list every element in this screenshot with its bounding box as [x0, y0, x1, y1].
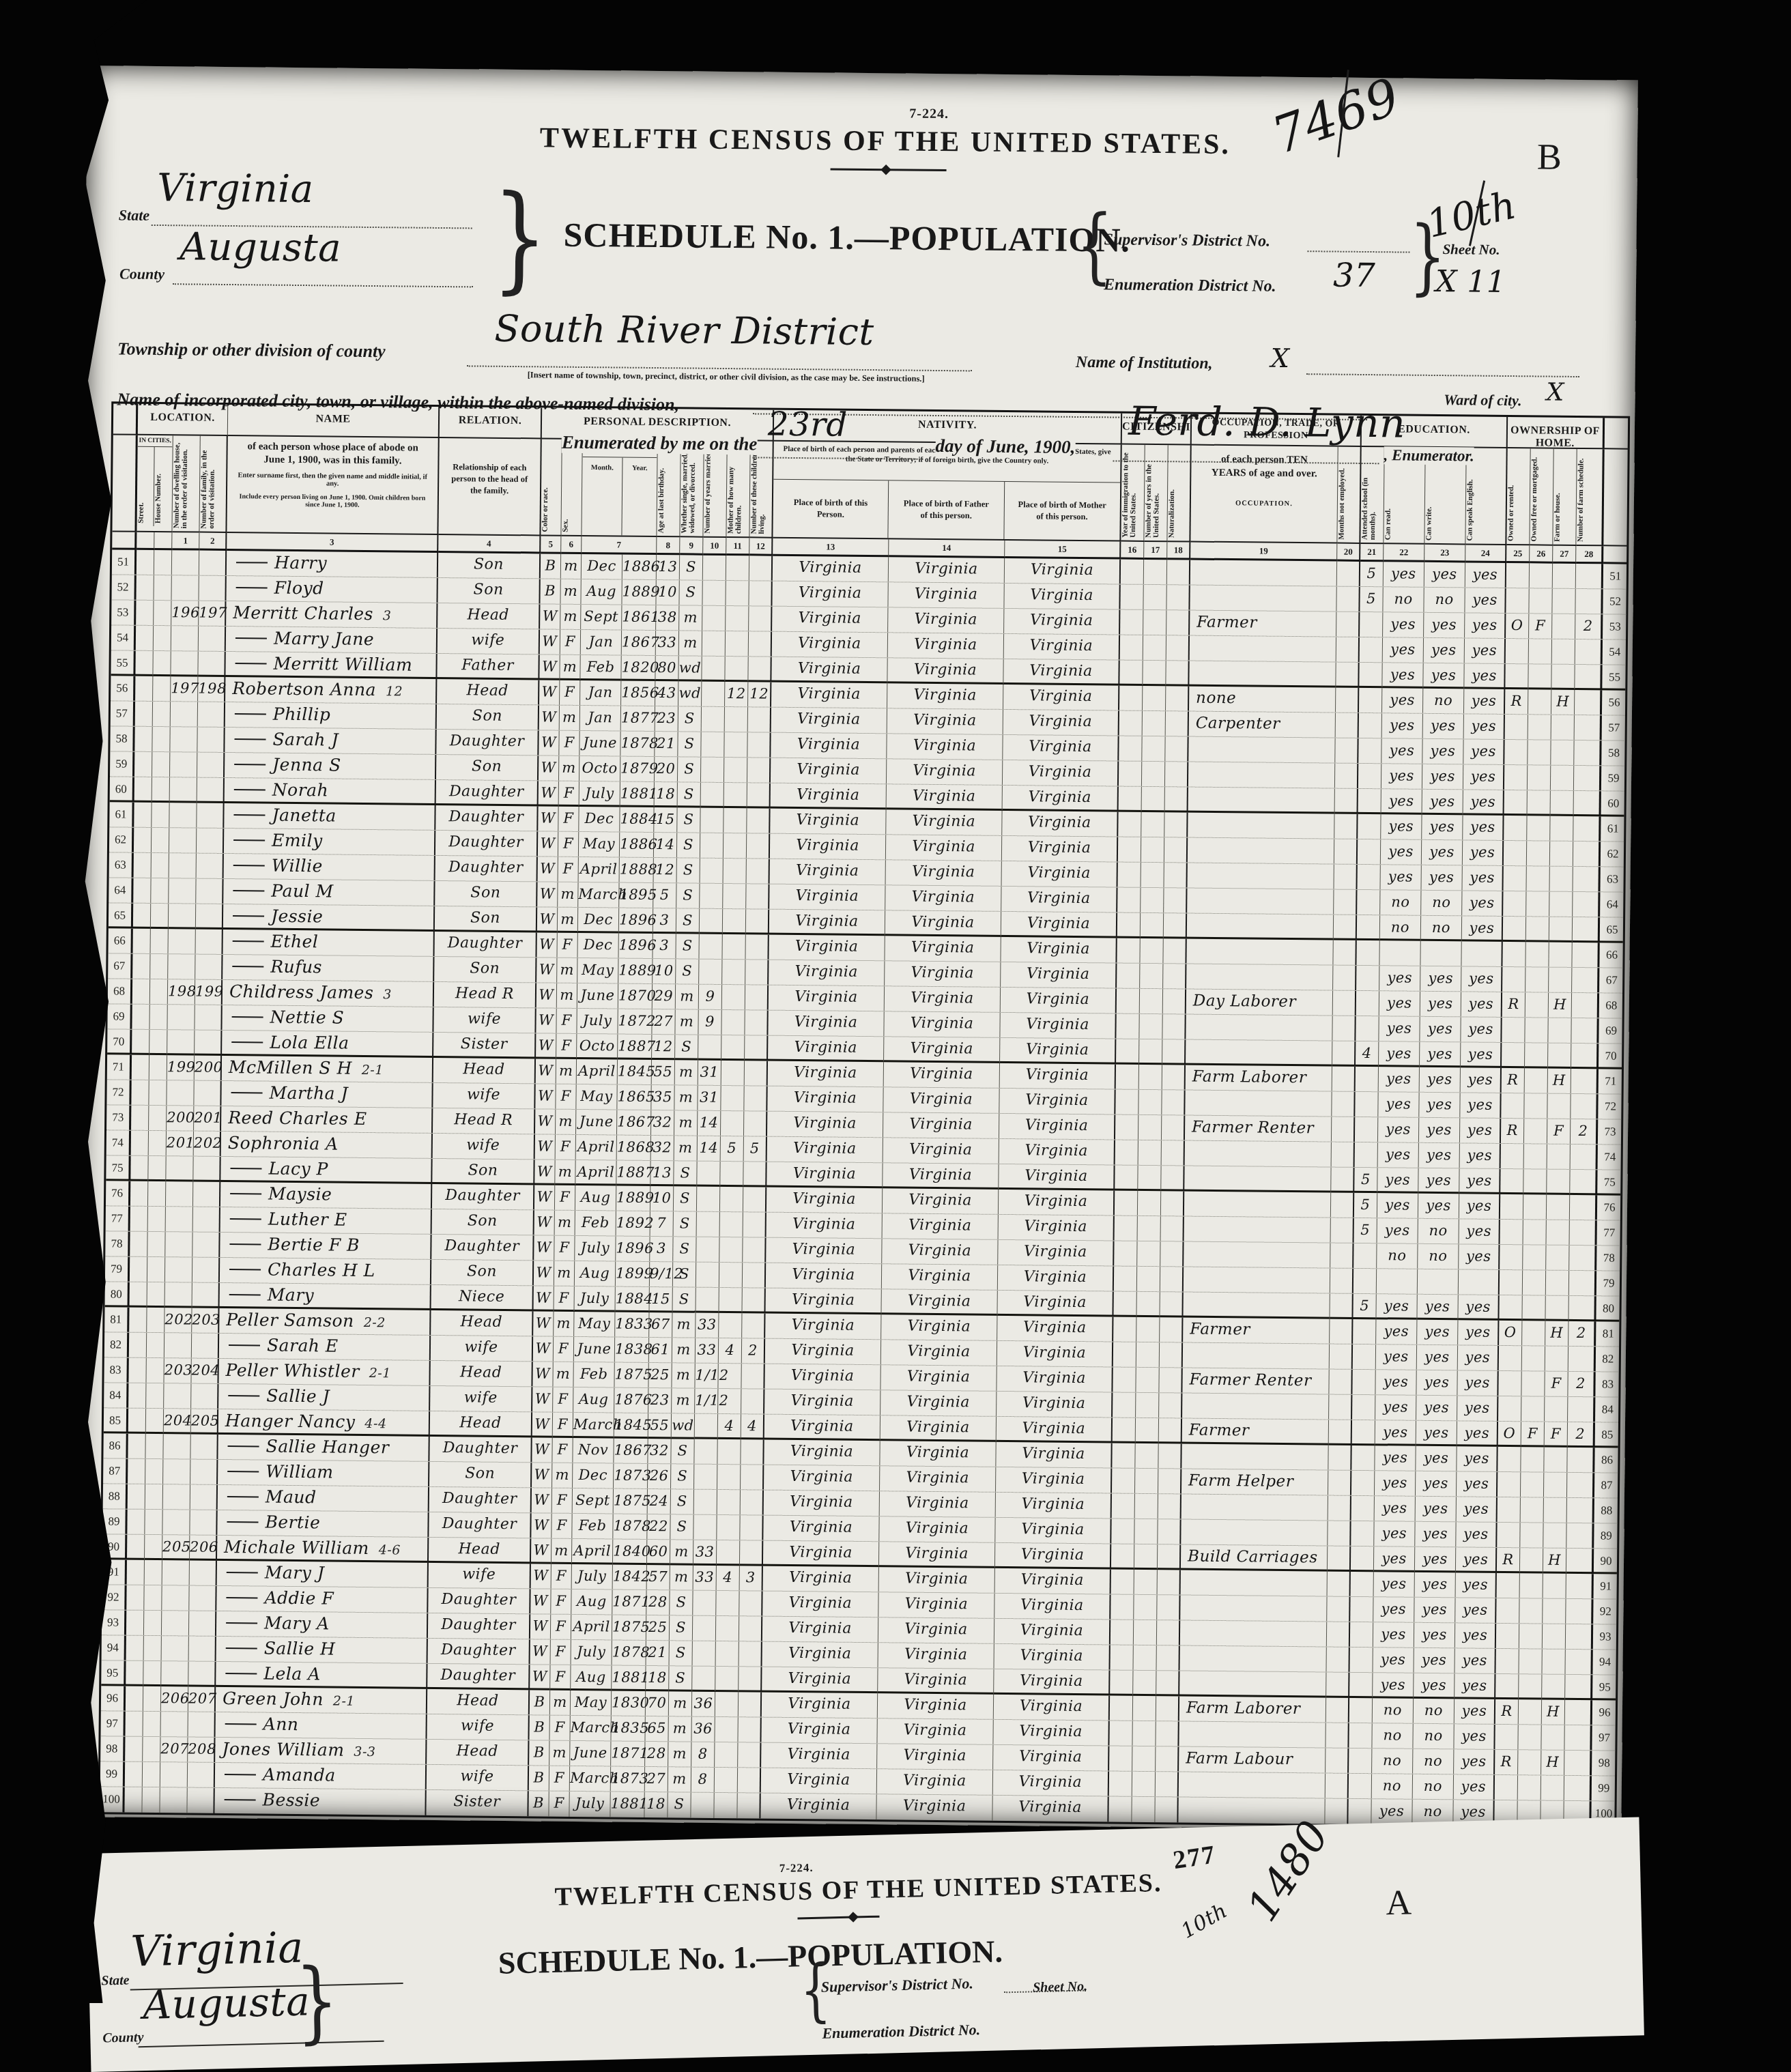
cell-farm-house: H [1548, 1069, 1571, 1093]
cell-relation: Son [436, 755, 539, 780]
num-pob-m: 15 [1005, 541, 1121, 560]
cell-can-read: yes [1375, 1496, 1416, 1521]
cell-sex: F [549, 1792, 569, 1817]
cell-pob-mother: Virginia [999, 1114, 1115, 1140]
cell-can-read: yes [1381, 764, 1422, 789]
cell-name: Marry Jane [226, 627, 438, 653]
cell-months-not-employed [1335, 764, 1358, 788]
cell-relation: wife [431, 1336, 533, 1361]
cell-owned-free [1519, 1598, 1543, 1623]
cell-family-number [194, 1081, 221, 1106]
cell-pob: Virginia [766, 1188, 883, 1213]
cell-pob-father: Virginia [885, 961, 1001, 987]
cell-can-write: yes [1414, 1598, 1455, 1623]
cell-years-married [701, 758, 724, 782]
cell-house-number [145, 1535, 162, 1559]
line-number-left: 99 [100, 1761, 125, 1786]
cell-naturalization [1164, 863, 1188, 887]
cell-color: W [531, 1538, 551, 1563]
cell-immigration [1116, 1039, 1139, 1064]
ward-value: X [1546, 379, 1564, 407]
cell-pob-mother: Virginia [999, 1215, 1115, 1241]
cell-owned-free [1522, 1295, 1545, 1320]
cell-owned-rented [1495, 1674, 1519, 1699]
cell-farm-schedule [1566, 1549, 1594, 1573]
cell-marital: S [674, 1186, 697, 1211]
cell-dwelling-number [166, 1156, 193, 1181]
cell-birth-month: Aug [571, 1589, 612, 1615]
cell-birth-month: Octo [579, 756, 620, 781]
cell-color: W [539, 705, 560, 730]
cell-can-read: no [1380, 890, 1421, 915]
cell-can-speak: yes [1461, 1017, 1502, 1042]
cell-relation: Head [429, 1538, 531, 1563]
cell-owned-rented [1503, 866, 1526, 891]
col-naturalization: Naturalization. [1167, 445, 1191, 542]
county-line [173, 283, 473, 287]
cell-birth-year: 1879 [620, 757, 655, 781]
cell-months-not-employed [1330, 1344, 1353, 1369]
cell-relation: Niece [431, 1285, 534, 1310]
cell-can-speak: yes [1456, 1572, 1497, 1598]
num-nat: 18 [1167, 542, 1190, 560]
col-year: Year. [622, 458, 657, 537]
cell-age: 5 [653, 883, 676, 908]
cell-pob-mother: Virginia [1001, 937, 1117, 963]
cell-can-write: yes [1424, 613, 1465, 638]
cell-can-speak: yes [1463, 764, 1504, 790]
cell-attended-school [1351, 1546, 1374, 1571]
cell-street [136, 626, 154, 650]
cell-street [135, 651, 153, 676]
cell-immigration [1113, 1418, 1136, 1443]
cell-naturalization [1164, 837, 1188, 862]
cell-relation: Head [430, 1411, 532, 1437]
cell-naturalization [1161, 1191, 1184, 1215]
cell-birth-month: May [574, 1312, 615, 1337]
state-value: Virginia [157, 166, 314, 212]
cell-farm-schedule [1565, 1650, 1592, 1674]
cell-attended-school [1357, 890, 1380, 915]
cell-pob-mother: Virginia [1000, 1013, 1116, 1039]
cell-street [128, 1409, 146, 1433]
cell-age: 10 [653, 959, 676, 983]
cell-pob: Virginia [770, 859, 886, 885]
left-brace: } [491, 171, 548, 306]
cell-age: 80 [655, 656, 678, 680]
cell-name: Hanger Nancy4-4 [218, 1409, 430, 1436]
ditto-dash [235, 713, 266, 715]
cell-attended-school [1358, 789, 1381, 814]
cell-family-number [196, 930, 223, 954]
cell-name: Sarah E [219, 1334, 431, 1360]
col-farm-schedule: Number of farm schedule. [1576, 449, 1604, 546]
cell-mother-of [724, 783, 747, 807]
cell-name: Maud [218, 1485, 429, 1512]
cell-naturalization [1160, 1317, 1183, 1342]
cell-farm-house [1544, 1473, 1567, 1497]
cell-can-write: no [1413, 1774, 1454, 1800]
cell-children-living [740, 1540, 763, 1565]
cell-farm-schedule [1565, 1675, 1592, 1699]
cell-naturalization [1156, 1746, 1179, 1771]
cell-occupation [1188, 838, 1334, 864]
col-years-married: Number of years married. [703, 441, 727, 538]
cell-name: Bertie F B [220, 1233, 431, 1259]
cell-relation: Head [430, 1361, 532, 1386]
cell-color: B [530, 1690, 550, 1714]
cell-owned-free [1527, 841, 1550, 865]
cell-house-number [145, 1434, 163, 1458]
cell-owned-free [1521, 1396, 1545, 1421]
line-number-left: 95 [101, 1660, 126, 1685]
cell-dwelling-number [170, 777, 197, 802]
cell-immigration [1115, 1090, 1138, 1114]
cell-dwelling-number [169, 803, 197, 827]
cell-sex: F [556, 1034, 577, 1059]
cell-dwelling-number [169, 904, 196, 928]
cell-farm-schedule [1567, 1448, 1594, 1472]
cell-birth-month: Feb [575, 1211, 616, 1236]
cell-pob-mother: Virginia [1003, 735, 1119, 761]
cell-pob-mother: Virginia [992, 1796, 1108, 1822]
cell-occupation: Farm Laborer [1186, 1065, 1332, 1091]
line-number-left: 67 [108, 953, 132, 978]
cell-attended-school [1356, 966, 1379, 990]
cell-pob: Virginia [764, 1390, 880, 1415]
institution-line [1306, 373, 1579, 377]
cell-years-in-us [1134, 1570, 1158, 1594]
cell-occupation [1184, 1166, 1331, 1192]
cell-house-number [152, 828, 169, 852]
cell-farm-house [1543, 1523, 1566, 1548]
cell-pob: Virginia [771, 733, 887, 759]
cell-months-not-employed [1334, 865, 1358, 889]
cell-sex: F [552, 1438, 573, 1463]
cell-mother-of [717, 1490, 741, 1514]
cell-birth-year: 1881 [612, 1665, 646, 1690]
cell-can-speak: yes [1463, 840, 1504, 865]
cell-house-number [149, 1055, 167, 1080]
cell-street [134, 727, 152, 751]
num-relation: 4 [438, 535, 541, 553]
cell-pob-father: Virginia [883, 1188, 999, 1214]
cell-can-speak: yes [1458, 1295, 1499, 1320]
cell-street [135, 676, 153, 701]
cell-dwelling-number: 196 [171, 601, 199, 625]
cell-age: 32 [651, 1136, 674, 1160]
cell-name: Robertson Anna12 [225, 677, 437, 704]
cell-pob-father: Virginia [883, 1163, 999, 1189]
cell-house-number [149, 1106, 167, 1130]
cell-children-living [741, 1465, 764, 1489]
cell-age: 3 [653, 934, 676, 958]
col-sex: Sex. [561, 440, 582, 536]
line-number-left: 63 [109, 852, 134, 877]
cell-can-write: yes [1418, 1168, 1459, 1194]
enumerated-prefix: Enumerated by me on the [562, 432, 758, 455]
cell-can-read: yes [1382, 713, 1423, 738]
tally-annotation: 3 [383, 987, 392, 1002]
cell-immigration [1111, 1519, 1134, 1544]
cell-pob: Virginia [768, 1036, 884, 1062]
cell-birth-year: 1871 [612, 1589, 646, 1614]
cell-children-living [749, 581, 772, 605]
line-number-right: 53 [1603, 614, 1627, 639]
cell-house-number [147, 1232, 165, 1256]
cell-occupation [1190, 586, 1336, 611]
cell-house-number [144, 1636, 162, 1660]
cell-can-read: yes [1378, 1142, 1419, 1168]
cell-color: W [535, 1084, 556, 1108]
cell-can-write: yes [1417, 1320, 1458, 1345]
cell-age: 26 [648, 1464, 671, 1488]
num-age: 8 [657, 537, 680, 555]
cell-sex: m [549, 1741, 570, 1766]
cell-sex: F [558, 807, 579, 831]
cell-name: Peller Samson2-2 [219, 1308, 431, 1335]
township-value: South River District [494, 307, 874, 354]
col-pob-person: Place of birth of this Person. [773, 480, 889, 538]
cell-owned-free [1518, 1775, 1541, 1800]
cell-naturalization [1157, 1595, 1180, 1620]
cell-pob-father: Virginia [882, 1239, 998, 1265]
cell-farm-schedule: 2 [1568, 1321, 1596, 1346]
cell-marital: m [672, 1388, 695, 1413]
cell-can-read: yes [1373, 1647, 1414, 1673]
cell-name: Jenna S [225, 753, 436, 779]
cell-children-living [745, 985, 769, 1009]
cell-pob-mother: Virginia [1004, 584, 1120, 609]
cell-dwelling-number [162, 1611, 189, 1635]
cell-relation: Son [435, 881, 537, 906]
cell-children-living [747, 732, 771, 757]
cell-pob-mother: Virginia [994, 1669, 1110, 1695]
cell-age: 21 [646, 1641, 670, 1665]
cell-years-married [697, 1212, 720, 1237]
cell-years-in-us [1134, 1645, 1157, 1670]
ditto-dash [233, 940, 264, 942]
cell-birth-month: Sept [573, 1488, 614, 1514]
cell-years-married [693, 1641, 716, 1666]
line-number-right: 87 [1594, 1473, 1619, 1497]
cell-farm-schedule [1573, 892, 1600, 917]
num-house [154, 532, 172, 550]
cell-pob-father: Virginia [887, 759, 1003, 785]
in-cities-label: IN CITIES. [138, 435, 173, 447]
cell-years-married [696, 1288, 719, 1312]
cell-age: 43 [655, 681, 678, 706]
cell-relation: Daughter [429, 1437, 532, 1462]
cell-attended-school [1353, 1319, 1376, 1344]
cell-mother-of [715, 1692, 739, 1716]
cell-can-read: yes [1373, 1673, 1414, 1698]
cell-naturalization [1164, 913, 1187, 938]
cell-can-read: no [1380, 915, 1421, 940]
cell-can-write: yes [1416, 1396, 1457, 1421]
cell-years-in-us [1140, 938, 1163, 963]
cell-months-not-employed [1335, 789, 1358, 814]
cell-family-number [192, 1258, 220, 1282]
cell-pob-father: Virginia [888, 582, 1004, 608]
cell-birth-month: Dec [578, 908, 619, 933]
cell-age: 13 [657, 555, 680, 579]
ditto-dash [236, 587, 268, 588]
cell-years-in-us [1140, 964, 1163, 988]
cell-years-in-us [1143, 610, 1166, 635]
cell-age: 13 [650, 1161, 674, 1185]
cell-pob-father: Virginia [880, 1365, 997, 1391]
county-value: Augusta [180, 225, 341, 270]
col-mother-of: Mother of how many children. [726, 441, 750, 538]
cell-dwelling-number [172, 550, 199, 575]
cell-mother-of [723, 859, 747, 883]
cell-children-living [738, 1742, 761, 1767]
cell-owned-rented [1499, 1346, 1522, 1370]
cell-marital: S [678, 706, 702, 731]
cell-birth-month: July [571, 1640, 612, 1665]
cell-years-married [694, 1490, 717, 1514]
cell-can-read: yes [1371, 1799, 1412, 1825]
cell-marital: m [672, 1363, 695, 1387]
cell-farm-schedule [1572, 993, 1599, 1018]
cell-name: Phillip [225, 702, 437, 729]
cell-street [136, 575, 154, 600]
cell-street [128, 1434, 145, 1458]
cell-age: 23 [648, 1388, 672, 1413]
num-clv: 12 [749, 538, 773, 556]
census-sheet-b: 7-224. TWELFTH CENSUS OF THE UNITED STAT… [70, 66, 1638, 1832]
cell-name: Mary J [217, 1561, 429, 1587]
cell-children-living [743, 1237, 766, 1262]
cell-birth-month: June [577, 983, 618, 1009]
cell-relation: wife [438, 629, 540, 654]
cell-age: 55 [648, 1413, 672, 1438]
cell-years-married [700, 808, 723, 833]
num-dwelling: 1 [172, 532, 199, 550]
cell-can-write: yes [1414, 1648, 1455, 1673]
cell-occupation [1187, 914, 1334, 940]
cell-name: Sallie J [218, 1384, 430, 1411]
cell-color: W [539, 680, 560, 704]
cell-pob-father: Virginia [878, 1668, 994, 1694]
cell-family-number [189, 1586, 216, 1611]
cell-sex: F [550, 1665, 571, 1690]
ditto-dash [233, 915, 264, 917]
cell-mother-of: 5 [721, 1136, 744, 1161]
cell-children-living [741, 1439, 764, 1464]
cell-house-number [148, 1156, 166, 1181]
cell-owned-free [1524, 1119, 1547, 1143]
cell-immigration [1113, 1317, 1136, 1342]
cell-sex: m [557, 983, 577, 1008]
cell-can-write: yes [1423, 663, 1464, 689]
cell-occupation [1179, 1772, 1326, 1798]
cell-months-not-employed [1326, 1749, 1349, 1773]
cell-years-in-us [1136, 1393, 1159, 1418]
cell-birth-year: 1896 [616, 1237, 650, 1261]
schedule-title: SCHEDULE No. 1.—POPULATION. [563, 215, 1130, 260]
ditto-dash [233, 814, 265, 816]
cell-months-not-employed [1326, 1647, 1349, 1672]
cell-age: 12 [654, 858, 677, 882]
cell-sex: F [554, 1286, 575, 1311]
cell-attended-school [1358, 839, 1381, 864]
cell-can-speak: yes [1455, 1673, 1495, 1699]
cell-marital: S [675, 1035, 698, 1059]
cell-pob-father: Virginia [888, 607, 1004, 633]
state-label: State [119, 206, 149, 224]
cell-age: 7 [650, 1211, 674, 1236]
cell-can-speak: yes [1461, 966, 1502, 992]
cell-months-not-employed [1333, 940, 1356, 965]
cell-house-number [144, 1611, 162, 1635]
cell-naturalization [1166, 686, 1189, 710]
cell-farm-house [1551, 665, 1575, 689]
cell-color: W [530, 1614, 551, 1639]
title-ornament-rule-2 [797, 1916, 879, 1920]
cell-farm-house [1551, 766, 1574, 790]
cell-mother-of [717, 1465, 741, 1489]
cell-relation: Head R [433, 1108, 535, 1134]
cell-years-in-us [1134, 1544, 1158, 1569]
cell-dwelling-number: 199 [167, 1055, 195, 1080]
line-number-right: 76 [1597, 1195, 1622, 1220]
cell-years-married [695, 1414, 718, 1439]
cell-relation: Son [435, 906, 537, 932]
cell-immigration [1119, 762, 1142, 786]
cell-house-number [154, 601, 171, 625]
cell-naturalization [1158, 1469, 1181, 1493]
cell-pob-mother: Virginia [997, 1417, 1113, 1443]
cell-owned-rented [1500, 1270, 1523, 1295]
cell-owned-free [1525, 1018, 1548, 1042]
supervisor-label-2: Supervisor's District No. [821, 1974, 974, 1996]
cell-owned-rented [1502, 1018, 1525, 1042]
cell-can-write: yes [1422, 815, 1463, 840]
cell-attended-school [1352, 1370, 1375, 1394]
cell-can-read: yes [1373, 1597, 1414, 1622]
cell-immigration [1117, 888, 1141, 912]
cell-farm-house [1543, 1624, 1566, 1649]
cell-can-write: yes [1416, 1497, 1457, 1522]
enumeration-value: 37 [1333, 257, 1376, 296]
ditto-dash [233, 890, 264, 891]
cell-farm-house [1543, 1574, 1566, 1598]
cell-years-in-us [1142, 762, 1165, 786]
ditto-dash [233, 839, 265, 841]
cell-pob-mother: Virginia [998, 1240, 1114, 1266]
cell-age: 67 [649, 1312, 672, 1337]
cell-age: 33 [656, 631, 679, 655]
cell-naturalization [1165, 762, 1188, 786]
cell-marital: S [676, 883, 700, 908]
cell-pob-father: Virginia [881, 1314, 997, 1340]
cell-name: Green John2-1 [216, 1687, 427, 1714]
cell-birth-month: Feb [580, 655, 621, 680]
cell-years-married: 31 [698, 1086, 721, 1110]
cell-sex: F [554, 1337, 574, 1362]
cell-pob-father: Virginia [878, 1643, 994, 1669]
cell-pob: Virginia [767, 1137, 883, 1163]
cell-pob-father: Virginia [880, 1491, 996, 1517]
ditto-dash [227, 1521, 259, 1523]
cell-pob: Virginia [764, 1415, 880, 1441]
cell-can-speak: yes [1461, 1067, 1502, 1093]
cell-children-living [746, 884, 769, 908]
cell-farm-house [1549, 917, 1573, 942]
cell-relation: Daughter [432, 1184, 534, 1209]
